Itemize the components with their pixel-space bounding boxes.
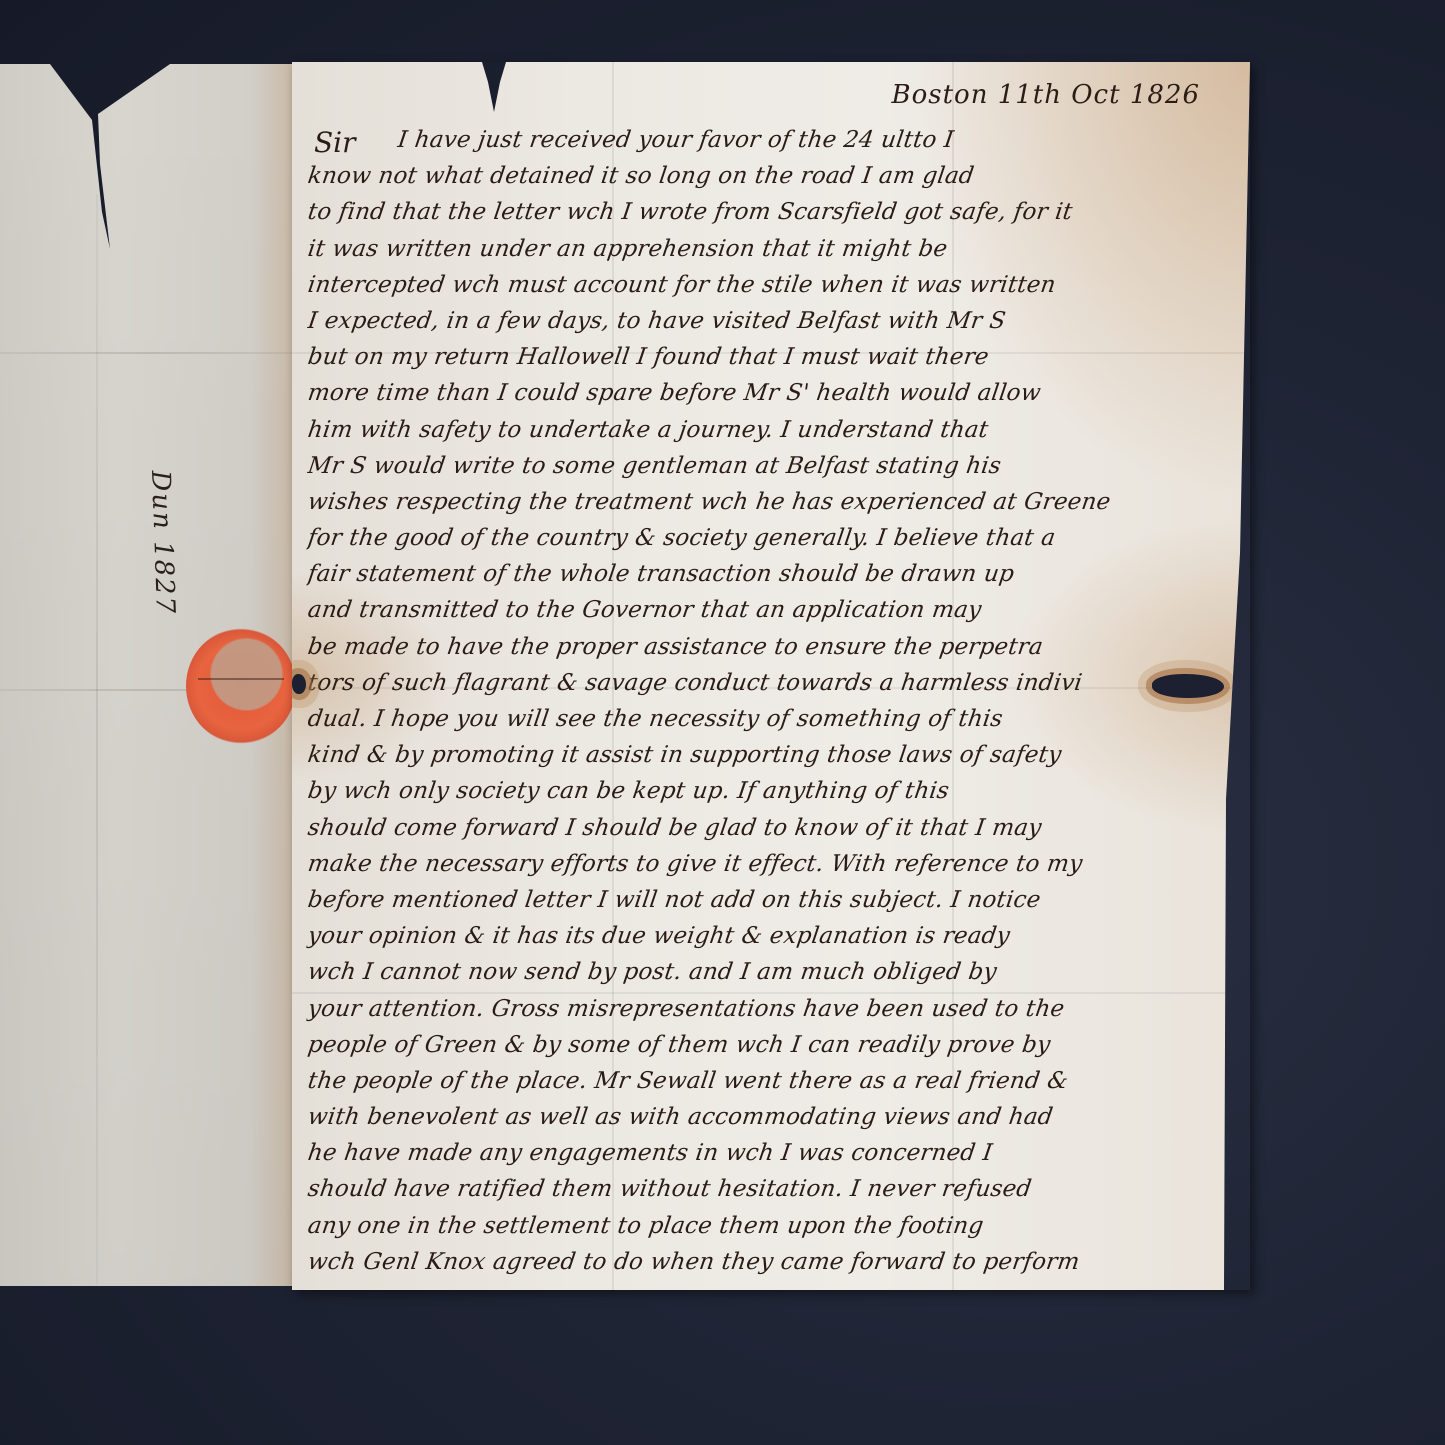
letter-page: Boston 11th Oct 1826 Sir I have just rec… <box>292 62 1250 1290</box>
red-wax-seal-icon <box>186 628 296 744</box>
letter-line: and transmitted to the Governor that an … <box>305 592 1226 628</box>
letter-line: tors of such flagrant & savage conduct t… <box>305 665 1226 701</box>
burn-hole <box>1152 674 1224 698</box>
letter-line: any one in the settlement to place them … <box>305 1208 1226 1244</box>
letter-line: for the good of the country & society ge… <box>305 520 1226 556</box>
burn-hole <box>292 674 306 694</box>
letter-line: he have made any engagements in wch I wa… <box>305 1135 1226 1171</box>
letter-line: wishes respecting the treatment wch he h… <box>305 484 1226 520</box>
letter-line: your opinion & it has its due weight & e… <box>305 918 1226 954</box>
letter-line: wch I cannot now send by post. and I am … <box>305 954 1226 990</box>
letter-line: should have ratified them without hesita… <box>305 1171 1226 1207</box>
letter-line: with benevolent as well as with accommod… <box>305 1099 1226 1135</box>
paper-tear <box>486 60 500 108</box>
letter-line: kind & by promoting it assist in support… <box>305 737 1226 773</box>
letter-line: Mr S would write to some gentleman at Be… <box>305 448 1226 484</box>
letter-line: wch Genl Knox agreed to do when they cam… <box>305 1244 1226 1280</box>
letter-line: your attention. Gross misrepresentations… <box>305 991 1226 1027</box>
letter-line: the people of the place. Mr Sewall went … <box>305 1063 1226 1099</box>
letter-line: but on my return Hallowell I found that … <box>305 339 1226 375</box>
letter-line: more time than I could spare before Mr S… <box>305 375 1226 411</box>
letter-line: I expected, in a few days, to have visit… <box>305 303 1226 339</box>
photo-scene: Dun 1827 Boston 11th Oct 1826 Sir I have… <box>0 0 1445 1445</box>
letter-line: it was written under an apprehension tha… <box>305 231 1226 267</box>
letter-line: make the necessary efforts to give it ef… <box>305 846 1226 882</box>
fold-crease <box>0 352 294 354</box>
letter-dateline: Boston 11th Oct 1826 <box>891 80 1200 110</box>
letter-line: know not what detained it so long on the… <box>305 158 1226 194</box>
fold-crease <box>96 194 98 1284</box>
letter-line: people of Green & by some of them wch I … <box>305 1027 1226 1063</box>
letter-line: fair statement of the whole transaction … <box>305 556 1226 592</box>
letter-line: before mentioned letter I will not add o… <box>305 882 1226 918</box>
letter-line: dual. I hope you will see the necessity … <box>305 701 1226 737</box>
letter-line: intercepted wch must account for the sti… <box>305 267 1226 303</box>
letter-line: I have just received your favor of the 2… <box>305 122 1226 158</box>
letter-line: by wch only society can be kept up. If a… <box>305 773 1226 809</box>
letter-line: be made to have the proper assistance to… <box>305 629 1226 665</box>
letter-line: him with safety to undertake a journey. … <box>305 412 1226 448</box>
letter-line: to find that the letter wch I wrote from… <box>305 194 1226 230</box>
letter-line: should come forward I should be glad to … <box>305 810 1226 846</box>
docket-note: Dun 1827 <box>145 470 180 616</box>
letter-body: I have just received your favor of the 2… <box>308 122 1224 1280</box>
